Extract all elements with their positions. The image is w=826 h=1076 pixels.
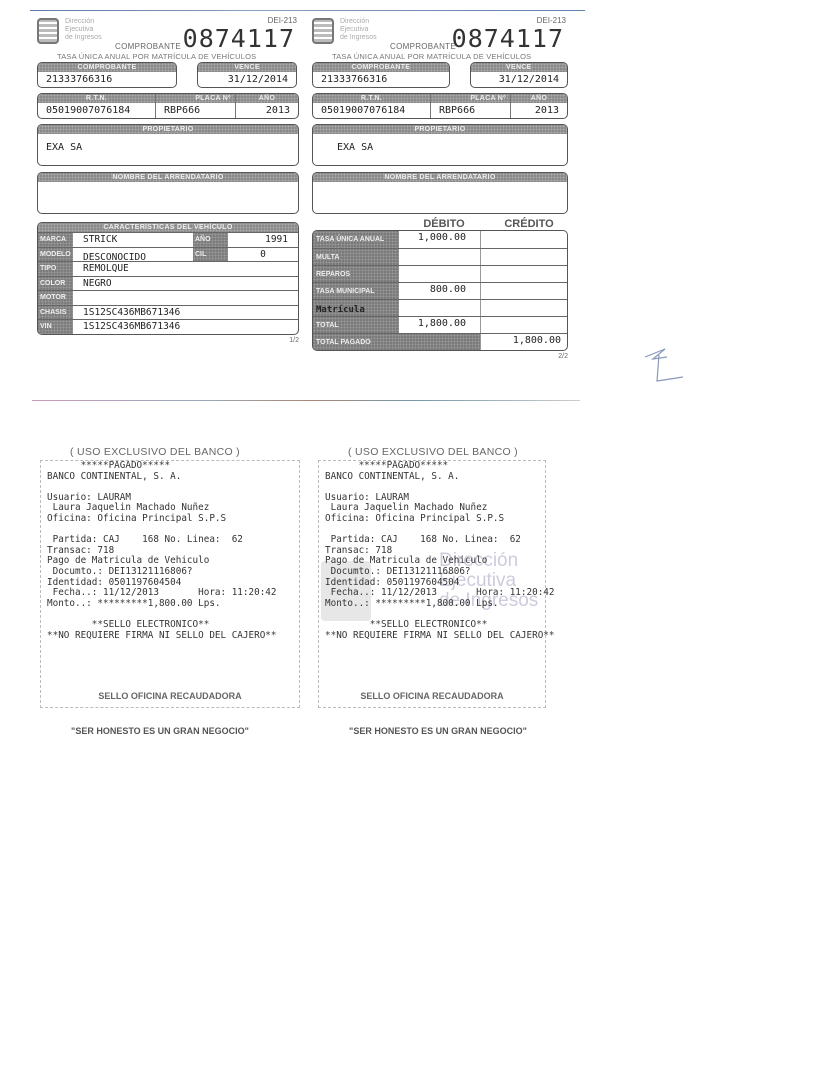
agency-name: Dirección Ejecutiva de Ingresos [65,18,102,42]
stamp-label: SELLO OFICINA RECAUDADORA [41,691,299,701]
finance-row-credito [481,317,567,333]
finance-row: TOTAL1,800.00 [313,316,567,333]
propietario-field: PROPIETARIO EXA SA [312,124,568,166]
dei-logo-icon [37,18,59,44]
stamp-label: SELLO OFICINA RECAUDADORA [319,691,545,701]
top-border [30,10,585,11]
receipt-subtitle: TASA ÚNICA ANUAL POR MATRÍCULA DE VEHÍCU… [332,52,531,61]
finance-row-debito [399,266,481,282]
agency-name: Dirección Ejecutiva de Ingresos [340,18,377,42]
finance-row: MULTA [313,248,567,265]
bank-receipt: Dirección Ejecutiva de Ingresos *****PAG… [318,460,546,708]
finance-row-label: TASA MUNICIPAL [313,283,399,299]
finance-row-credito [481,249,567,265]
finance-row-label: TOTAL [313,317,399,333]
propietario-field: PROPIETARIO EXA SA [37,124,299,166]
vence-field: VENCE 31/12/2014 [470,62,568,88]
finance-row-credito [481,231,567,248]
bank-receipt-text: *****PAGADO***** BANCO CONTINENTAL, S. A… [319,461,545,641]
handwritten-mark-icon [643,345,685,385]
finance-row-debito: 1,800.00 [399,317,481,333]
arrendatario-field: NOMBRE DEL ARRENDATARIO [37,172,299,214]
finance-row-debito [399,249,481,265]
comprobante-label: COMPROBANTE [390,42,456,51]
receipt-number: 0874117 [452,24,564,53]
bank-section-2: ( USO EXCLUSIVO DEL BANCO ) Dirección Ej… [318,446,558,736]
scan-artifact-text [600,2,826,16]
bank-receipt: *****PAGADO***** BANCO CONTINENTAL, S. A… [40,460,300,708]
receipt-header: Dirección Ejecutiva de Ingresos DEI-213 … [37,14,299,62]
finance-row-credito: 1,800.00 [481,334,567,350]
cut-line [32,400,580,401]
bank-title: ( USO EXCLUSIVO DEL BANCO ) [40,446,270,458]
bank-section-1: ( USO EXCLUSIVO DEL BANCO ) *****PAGADO*… [40,446,300,736]
motto: "SER HONESTO ES UN GRAN NEGOCIO" [318,726,558,736]
comprobante-field: COMPROBANTE 21333766316 [312,62,450,88]
receipt-number: 0874117 [183,24,295,53]
finance-row: REPAROS [313,265,567,282]
finance-row-credito [481,283,567,299]
motto: "SER HONESTO ES UN GRAN NEGOCIO" [40,726,280,736]
finance-row: TOTAL PAGADO1,800.00 [313,333,567,350]
finance-row-debito [399,334,481,350]
receipt-subtitle: TASA ÚNICA ANUAL POR MATRÍCULA DE VEHÍCU… [57,52,256,61]
receipt-copy-1: Dirección Ejecutiva de Ingresos DEI-213 … [37,14,299,344]
finance-row-label: MULTA [313,249,399,265]
finance-header: DÉBITO CRÉDITO [312,218,568,230]
finance-row-credito [481,266,567,282]
rtn-placa-ano-field: R.T.N.05019007076184 PLACA NºRBP666 AÑO2… [37,93,299,119]
finance-row: Matrícula [313,299,567,316]
finance-table: TASA ÚNICA ANUAL1,000.00MULTAREPAROSTASA… [312,230,568,351]
bank-receipt-text: *****PAGADO***** BANCO CONTINENTAL, S. A… [41,461,299,641]
finance-row-credito [481,300,567,316]
finance-row-label: REPAROS [313,266,399,282]
arrendatario-field: NOMBRE DEL ARRENDATARIO [312,172,568,214]
finance-row-label: TASA ÚNICA ANUAL [313,231,399,248]
receipt-header: Dirección Ejecutiva de Ingresos DEI-213 … [312,14,568,62]
finance-row: TASA ÚNICA ANUAL1,000.00 [313,231,567,248]
finance-row-debito: 800.00 [399,283,481,299]
comprobante-field: COMPROBANTE 21333766316 [37,62,177,88]
vence-field: VENCE 31/12/2014 [197,62,297,88]
finance-row-debito: 1,000.00 [399,231,481,248]
finance-row-label: Matrícula [313,300,399,316]
finance-row-label: TOTAL PAGADO [313,334,399,350]
rtn-placa-ano-field: R.T.N.05019007076184 PLACA NºRBP666 AÑO2… [312,93,568,119]
vehicle-characteristics: CARACTERÍSTICAS DEL VEHÍCULO MARCA STRIC… [37,222,299,335]
dei-logo-icon [312,18,334,44]
finance-row-debito [399,300,481,316]
comprobante-label: COMPROBANTE [115,42,181,51]
bank-title: ( USO EXCLUSIVO DEL BANCO ) [318,446,548,458]
receipt-copy-2: Dirección Ejecutiva de Ingresos DEI-213 … [312,14,568,360]
finance-row: TASA MUNICIPAL800.00 [313,282,567,299]
page-number: 2/2 [312,353,568,360]
page-number: 1/2 [37,337,299,344]
